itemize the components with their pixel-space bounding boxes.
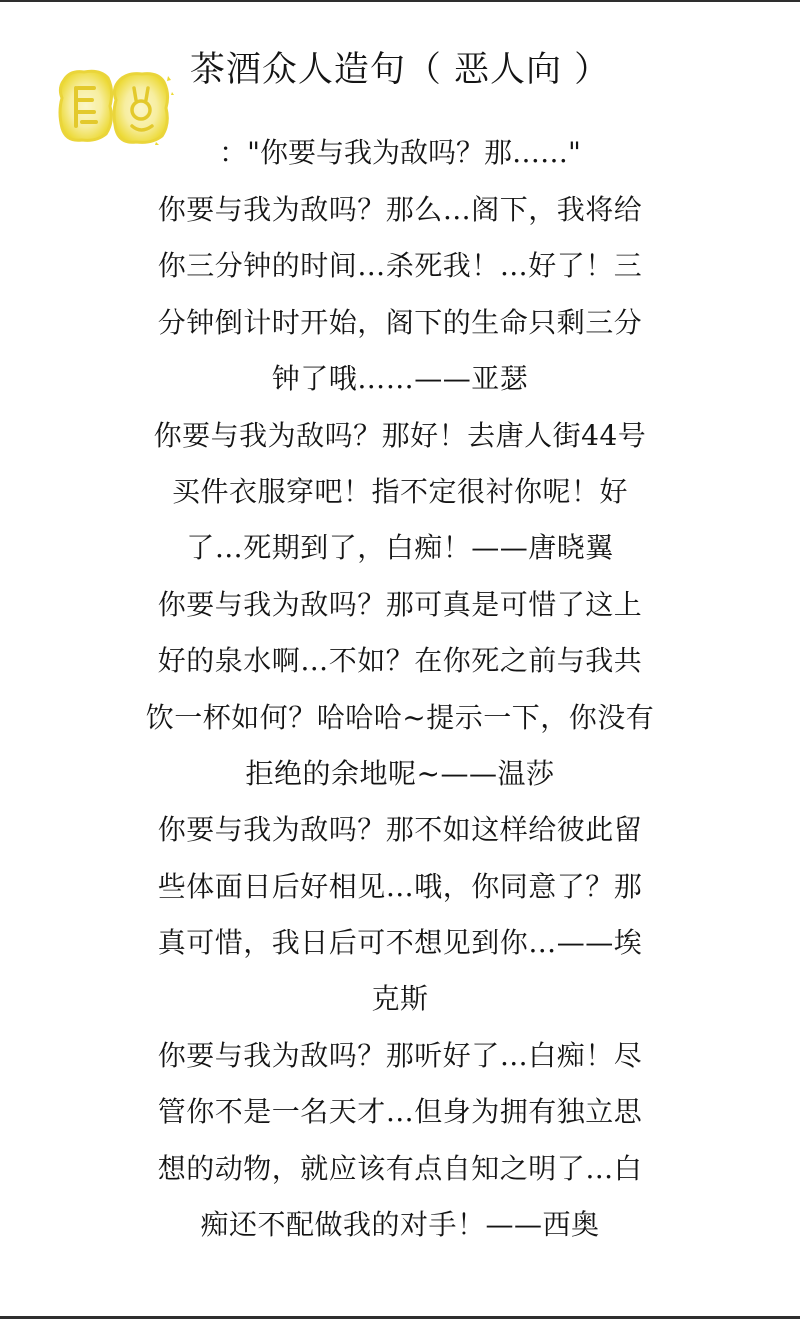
quote-line: 饮一杯如何？哈哈哈~提示一下，你没有 xyxy=(128,690,672,746)
quote-line: 想的动物，就应该有点自知之明了…白 xyxy=(128,1141,672,1197)
quote-line: 分钟倒计时开始，阁下的生命只剩三分 xyxy=(128,295,672,351)
quote-line: 买件衣服穿吧！指不定很衬你呢！好 xyxy=(128,464,672,520)
quote-line: 你要与我为敌吗？那好！去唐人街44号 xyxy=(128,408,672,464)
quote-attribution-line: 钟了哦……——亚瑟 xyxy=(128,351,672,407)
quote-line: 你要与我为敌吗？那可真是可惜了这上 xyxy=(128,577,672,633)
quote-line: 你三分钟的时间…杀死我！…好了！三 xyxy=(128,238,672,294)
quote-line: 些体面日后好相见…哦，你同意了？那 xyxy=(128,859,672,915)
quote-line: 你要与我为敌吗？那么…阁下，我将给 xyxy=(128,182,672,238)
page-title: 茶酒众人造句（ 恶人向 ） xyxy=(0,44,800,96)
quote-line: 你要与我为敌吗？那听好了…白痴！尽 xyxy=(128,1028,672,1084)
quote-attribution-line: 拒绝的余地呢~——温莎 xyxy=(128,746,672,802)
quote-attribution-line: 克斯 xyxy=(128,971,672,1027)
page-title-text: 茶酒众人造句（ 恶人向 ） xyxy=(190,44,610,96)
quote-line: 管你不是一名天才…但身为拥有独立思 xyxy=(128,1084,672,1140)
quote-line: 真可惜，我日后可不想见到你…——埃 xyxy=(128,915,672,971)
prompt-line: ："你要与我为敌吗？那……" xyxy=(0,128,800,178)
quote-attribution-line: 痴还不配做我的对手！——西奥 xyxy=(128,1197,672,1253)
quote-line: 你要与我为敌吗？那不如这样给彼此留 xyxy=(128,802,672,858)
quotes-body: 你要与我为敌吗？那么…阁下，我将给 你三分钟的时间…杀死我！…好了！三 分钟倒计… xyxy=(128,182,672,1253)
quote-attribution-line: 了…死期到了，白痴！——唐晓翼 xyxy=(128,520,672,576)
top-edge-line xyxy=(0,0,800,2)
quote-line: 好的泉水啊…不如？在你死之前与我共 xyxy=(128,633,672,689)
